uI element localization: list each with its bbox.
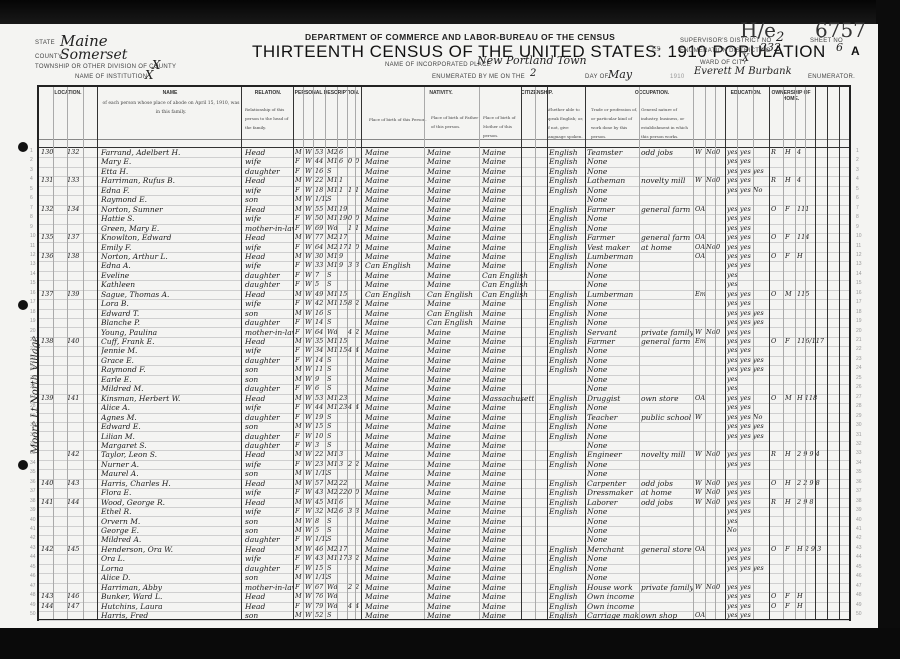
trade: None [587, 299, 639, 308]
language: English [549, 611, 585, 620]
person-name: Agnes M. [101, 413, 241, 422]
industry: general store [641, 545, 693, 554]
read-write: yes yes [727, 498, 769, 507]
line-number-right: 16 [856, 290, 862, 296]
trade: None [587, 564, 639, 573]
relation: Head [245, 602, 293, 611]
mother-birthplace: Maine [482, 573, 534, 582]
industry: novelty mill [641, 176, 693, 185]
line-number: 31 [30, 432, 36, 438]
line-number: 37 [30, 488, 36, 494]
trade: None [587, 271, 639, 280]
read-write: yes yes yes [727, 167, 769, 176]
line-number-right: 11 [856, 243, 861, 249]
race: W [305, 271, 313, 280]
trade: House work [587, 583, 639, 592]
dwelling-number: 132 [41, 205, 61, 214]
farm-house: H [785, 176, 795, 185]
form-code: E9 [652, 46, 661, 53]
binder-hole-icon [18, 300, 28, 310]
industry: odd jobs [641, 479, 693, 488]
language: English [549, 261, 585, 270]
person-name: Henderson, Ora W. [101, 545, 241, 554]
relation: daughter [245, 167, 293, 176]
birthplace: Maine [365, 176, 423, 185]
line-number-right: 23 [856, 356, 862, 362]
trade: None [587, 167, 639, 176]
race: W [305, 157, 313, 166]
sex: F [295, 356, 303, 365]
father-birthplace: Maine [427, 554, 479, 563]
relation: son [245, 365, 293, 374]
race: W [305, 252, 313, 261]
father-birthplace: Maine [427, 394, 479, 403]
relation: Head [245, 545, 293, 554]
relation: daughter [245, 413, 293, 422]
mother-birthplace: Maine [482, 337, 534, 346]
column-divider [355, 87, 356, 619]
trade: Farmer [587, 233, 639, 242]
race: W [305, 224, 313, 233]
sex: F [295, 460, 303, 469]
nativity-mother-header: Place of birth of Mother of this person. [483, 113, 523, 140]
person-name: Wood, George R. [101, 498, 241, 507]
trade: None [587, 157, 639, 166]
read-write: yes yes yes [727, 356, 769, 365]
family-number: 141 [67, 394, 91, 403]
column-divider [805, 87, 806, 619]
mother-birthplace: Maine [482, 526, 534, 535]
race: W [305, 592, 313, 601]
mother-birthplace: Maine [482, 517, 534, 526]
trade: None [587, 356, 639, 365]
schedule-code: 114 [797, 233, 827, 242]
farm-house: H [785, 498, 795, 507]
father-birthplace: Maine [427, 205, 479, 214]
owned-rented: O [771, 545, 783, 554]
line-number: 6 [30, 195, 33, 201]
relation: Head [245, 337, 293, 346]
line-number-right: 30 [856, 422, 862, 428]
relation: mother-in-law [245, 328, 293, 337]
dwelling-number: 135 [41, 233, 61, 242]
line-number-right: 29 [856, 413, 862, 419]
language: English [549, 309, 585, 318]
farm-house: F [785, 592, 795, 601]
enumeration-district-label: ENUMERATION DISTRICT NO [680, 48, 771, 54]
person-name: Harris, Charles H. [101, 479, 241, 488]
worker-class: OA [695, 233, 705, 242]
birthplace: Maine [365, 318, 423, 327]
language: English [549, 233, 585, 242]
sex: M [295, 195, 303, 204]
line-number-right: 26 [856, 384, 862, 390]
group-location: LOCATION. [39, 90, 97, 96]
sex: F [295, 554, 303, 563]
incorporated-place-label: NAME OF INCORPORATED PLACE [385, 62, 491, 68]
children-born: 8 [348, 299, 355, 308]
birthplace: Maine [365, 157, 423, 166]
line-number-right: 46 [856, 573, 862, 579]
birthplace: Maine [365, 403, 423, 412]
enumerated-label: ENUMERATED BY ME ON THE [432, 74, 525, 80]
census-sheet: STATE Maine COUNTY Somerset TOWNSHIP OR … [0, 24, 878, 628]
language: English [549, 403, 585, 412]
father-birthplace: Maine [427, 450, 479, 459]
father-birthplace: Maine [427, 507, 479, 516]
sex: M [295, 479, 303, 488]
race: W [305, 309, 313, 318]
trade: None [587, 554, 639, 563]
relation: Head [245, 592, 293, 601]
institution-label: NAME OF INSTITUTION [75, 74, 147, 80]
schedule-code: 4 [797, 176, 827, 185]
line-number-right: 37 [856, 488, 862, 494]
column-divider [67, 87, 68, 619]
mother-birthplace: Maine [482, 261, 534, 270]
father-birthplace: Maine [427, 365, 479, 374]
relation: Head [245, 394, 293, 403]
sex: F [295, 167, 303, 176]
industry: public school [641, 413, 693, 422]
nativity-father-header: Place of birth of Father of this person. [431, 113, 481, 131]
industry: general farm [641, 233, 693, 242]
trade: None [587, 318, 639, 327]
sex: M [295, 545, 303, 554]
read-write: yes yes yes [727, 564, 769, 573]
farm-house: H [785, 479, 795, 488]
trade-header: Trade or profession of, or particular ki… [591, 105, 639, 141]
birthplace: Maine [365, 554, 423, 563]
sex: M [295, 252, 303, 261]
group-relation: RELATION. [243, 90, 293, 96]
birthplace: Maine [365, 592, 423, 601]
column-divider [325, 87, 326, 619]
worker-class: W [695, 148, 705, 157]
trade: Laborer [587, 498, 639, 507]
sex: F [295, 261, 303, 270]
line-number-right: 36 [856, 479, 862, 485]
birthplace: Maine [365, 299, 423, 308]
industry: odd jobs [641, 498, 693, 507]
sex: M [295, 469, 303, 478]
line-number: 38 [30, 498, 36, 504]
line-number: 4 [30, 176, 33, 182]
person-name: Mary E. [101, 157, 241, 166]
race: W [305, 479, 313, 488]
industry: private family [641, 583, 693, 592]
language: English [549, 299, 585, 308]
dwelling-number: 131 [41, 176, 61, 185]
language: English [549, 432, 585, 441]
line-number-right: 7 [856, 205, 859, 211]
trade: None [587, 346, 639, 355]
line-number-right: 2 [856, 157, 859, 163]
sex: M [295, 394, 303, 403]
owned-rented: R [771, 176, 783, 185]
person-name: Hattie S. [101, 214, 241, 223]
language: English [549, 167, 585, 176]
person-name: Young, Paulina [101, 328, 241, 337]
race: W [305, 243, 313, 252]
read-write: yes [727, 517, 769, 526]
race: W [305, 290, 313, 299]
mother-birthplace: Maine [482, 469, 534, 478]
line-number: 41 [30, 526, 36, 532]
trade: None [587, 507, 639, 516]
family-number: 134 [67, 205, 91, 214]
sex: F [295, 280, 303, 289]
group-citizenship: CITIZENSHIP. [521, 90, 547, 96]
trade: None [587, 224, 639, 233]
birthplace: Maine [365, 148, 423, 157]
read-write: yes yes yes [727, 309, 769, 318]
trade: Engineer [587, 450, 639, 459]
children-born: 3 [348, 554, 355, 563]
person-name: Raymond E. [101, 195, 241, 204]
relation: mother-in-law [245, 583, 293, 592]
column-divider [347, 87, 348, 619]
language: English [549, 413, 585, 422]
sex: F [295, 432, 303, 441]
race: W [305, 488, 313, 497]
read-write: yes yes [727, 583, 769, 592]
line-number-right: 6 [856, 195, 859, 201]
trade: None [587, 384, 639, 393]
schedule-code: 2 2 9 8 [797, 479, 827, 488]
read-write: yes yes [727, 214, 769, 223]
sheet-side: A [851, 44, 860, 58]
trade: Carriage maker [587, 611, 639, 620]
mother-birthplace: Maine [482, 243, 534, 252]
worker-class: W [695, 479, 705, 488]
column-divider [815, 87, 816, 619]
language: English [549, 365, 585, 374]
relation: wife [245, 488, 293, 497]
owned-rented: O [771, 233, 783, 242]
read-write: yes yes [727, 611, 769, 620]
sheet-number: 6 [836, 41, 843, 54]
person-name: Edward T. [101, 309, 241, 318]
month-value: May [608, 68, 632, 81]
relation: son [245, 422, 293, 431]
father-birthplace: Maine [427, 271, 479, 280]
read-write: yes yes [727, 261, 769, 270]
trade: Vest maker [587, 243, 639, 252]
worker-class: W [695, 583, 705, 592]
farm-house: H [785, 450, 795, 459]
line-number: 5 [30, 186, 33, 192]
schedule-code: 111 [797, 205, 827, 214]
mother-birthplace: Maine [482, 554, 534, 563]
mother-birthplace: Massachusetts [482, 394, 534, 403]
group-ownership: OWNERSHIP OF HOME. [769, 90, 813, 102]
read-write: yes yes [727, 507, 769, 516]
group-education: EDUCATION. [725, 90, 767, 96]
owned-rented: O [771, 252, 783, 261]
father-birthplace: Maine [427, 488, 479, 497]
line-number: 35 [30, 469, 36, 475]
line-number-right: 28 [856, 403, 862, 409]
sex: F [295, 224, 303, 233]
trade: Teamster [587, 148, 639, 157]
language: English [549, 214, 585, 223]
language: English [549, 176, 585, 185]
language: English [549, 450, 585, 459]
farm-house: F [785, 252, 795, 261]
trade: Merchant [587, 545, 639, 554]
language: English [549, 252, 585, 261]
line-number: 17 [30, 299, 36, 305]
race: W [305, 337, 313, 346]
group-name: NAME [99, 90, 241, 96]
father-birthplace: Maine [427, 224, 479, 233]
line-number: 48 [30, 592, 36, 598]
birthplace: Maine [365, 460, 423, 469]
trade: None [587, 441, 639, 450]
line-number-right: 38 [856, 498, 862, 504]
sex: F [295, 318, 303, 327]
relation: son [245, 375, 293, 384]
father-birthplace: Maine [427, 356, 479, 365]
birthplace: Maine [365, 375, 423, 384]
column-divider [725, 87, 726, 619]
race: W [305, 375, 313, 384]
line-number: 1 [30, 148, 33, 154]
line-number: 47 [30, 583, 36, 589]
birthplace: Maine [365, 479, 423, 488]
relation: Head [245, 252, 293, 261]
group-nativity: NATIVITY. [361, 90, 521, 96]
birthplace: Maine [365, 384, 423, 393]
trade: Farmer [587, 337, 639, 346]
birthplace: Maine [365, 365, 423, 374]
dwelling-number: 138 [41, 337, 61, 346]
person-name: Cuff, Frank E. [101, 337, 241, 346]
mother-birthplace: Maine [482, 299, 534, 308]
mother-birthplace: Maine [482, 422, 534, 431]
children-born: 0 [348, 488, 355, 497]
owned-rented: O [771, 479, 783, 488]
race: W [305, 507, 313, 516]
race: W [305, 167, 313, 176]
read-write: yes yes [727, 545, 769, 554]
owned-rented: O [771, 205, 783, 214]
father-birthplace: Maine [427, 195, 479, 204]
children-born: 3 [348, 261, 355, 270]
line-number: 39 [30, 507, 36, 513]
relation: daughter [245, 564, 293, 573]
birthplace: Maine [365, 309, 423, 318]
enumerator-label: ENUMERATOR. [808, 74, 855, 80]
birthplace: Maine [365, 224, 423, 233]
race: W [305, 261, 313, 270]
language-header: Whether able to speak English; or, if no… [547, 105, 587, 141]
trade: Dressmaker [587, 488, 639, 497]
enumeration-district-value: 232 [760, 41, 781, 54]
line-number-right: 22 [856, 346, 862, 352]
trade: Own income [587, 592, 639, 601]
family-number: 140 [67, 337, 91, 346]
column-divider [293, 87, 294, 619]
worker-class: Emp [695, 337, 705, 346]
column-divider [521, 87, 522, 619]
birthplace: Maine [365, 545, 423, 554]
line-number-right: 19 [856, 318, 862, 324]
line-number-right: 25 [856, 375, 862, 381]
line-number-right: 32 [856, 441, 862, 447]
race: W [305, 554, 313, 563]
father-birthplace: Maine [427, 214, 479, 223]
mother-birthplace: Can English [482, 280, 534, 289]
children-born: 4 [348, 328, 355, 337]
language: English [549, 224, 585, 233]
sex: F [295, 346, 303, 355]
birthplace: Maine [365, 394, 423, 403]
person-name: Mildred M. [101, 384, 241, 393]
language: English [549, 602, 585, 611]
birthplace: Maine [365, 611, 423, 620]
farm-house: F [785, 205, 795, 214]
schedule-code: 115 [797, 290, 827, 299]
read-write: yes yes [727, 328, 769, 337]
father-birthplace: Maine [427, 346, 479, 355]
mother-birthplace: Maine [482, 583, 534, 592]
read-write: yes yes [727, 460, 769, 469]
trade: None [587, 261, 639, 270]
line-number: 26 [30, 384, 36, 390]
trade: Farmer [587, 205, 639, 214]
line-number-right: 47 [856, 583, 862, 589]
person-name: Kinsman, Herbert W. [101, 394, 241, 403]
day-of-label: DAY OF [585, 74, 609, 80]
binder-hole-icon [18, 142, 28, 152]
children-born: 4 [348, 346, 355, 355]
read-write: yes yes [727, 592, 769, 601]
relation: daughter [245, 535, 293, 544]
mother-birthplace: Maine [482, 413, 534, 422]
language: English [549, 205, 585, 214]
relation: son [245, 195, 293, 204]
person-name: Ethel R. [101, 507, 241, 516]
language: English [549, 583, 585, 592]
sex: F [295, 602, 303, 611]
race: W [305, 432, 313, 441]
line-number: 29 [30, 413, 36, 419]
read-write: yes [727, 384, 769, 393]
sex: M [295, 176, 303, 185]
sex: M [295, 422, 303, 431]
race: W [305, 346, 313, 355]
column-divider [585, 87, 586, 619]
mother-birthplace: Maine [482, 195, 534, 204]
family-number: 146 [67, 592, 91, 601]
institution-value: X [145, 68, 154, 82]
sex: M [295, 375, 303, 384]
industry: general farm [641, 205, 693, 214]
line-number-right: 39 [856, 507, 862, 513]
dwelling-number: 140 [41, 479, 61, 488]
person-name: Grace E. [101, 356, 241, 365]
father-birthplace: Maine [427, 460, 479, 469]
weeks-unemployed: 0 [716, 498, 724, 507]
mother-birthplace: Maine [482, 403, 534, 412]
children-born: 1 [348, 243, 355, 252]
line-number: 33 [30, 450, 36, 456]
mother-birthplace: Maine [482, 309, 534, 318]
children-born: 0 [348, 214, 355, 223]
trade: Teacher [587, 413, 639, 422]
